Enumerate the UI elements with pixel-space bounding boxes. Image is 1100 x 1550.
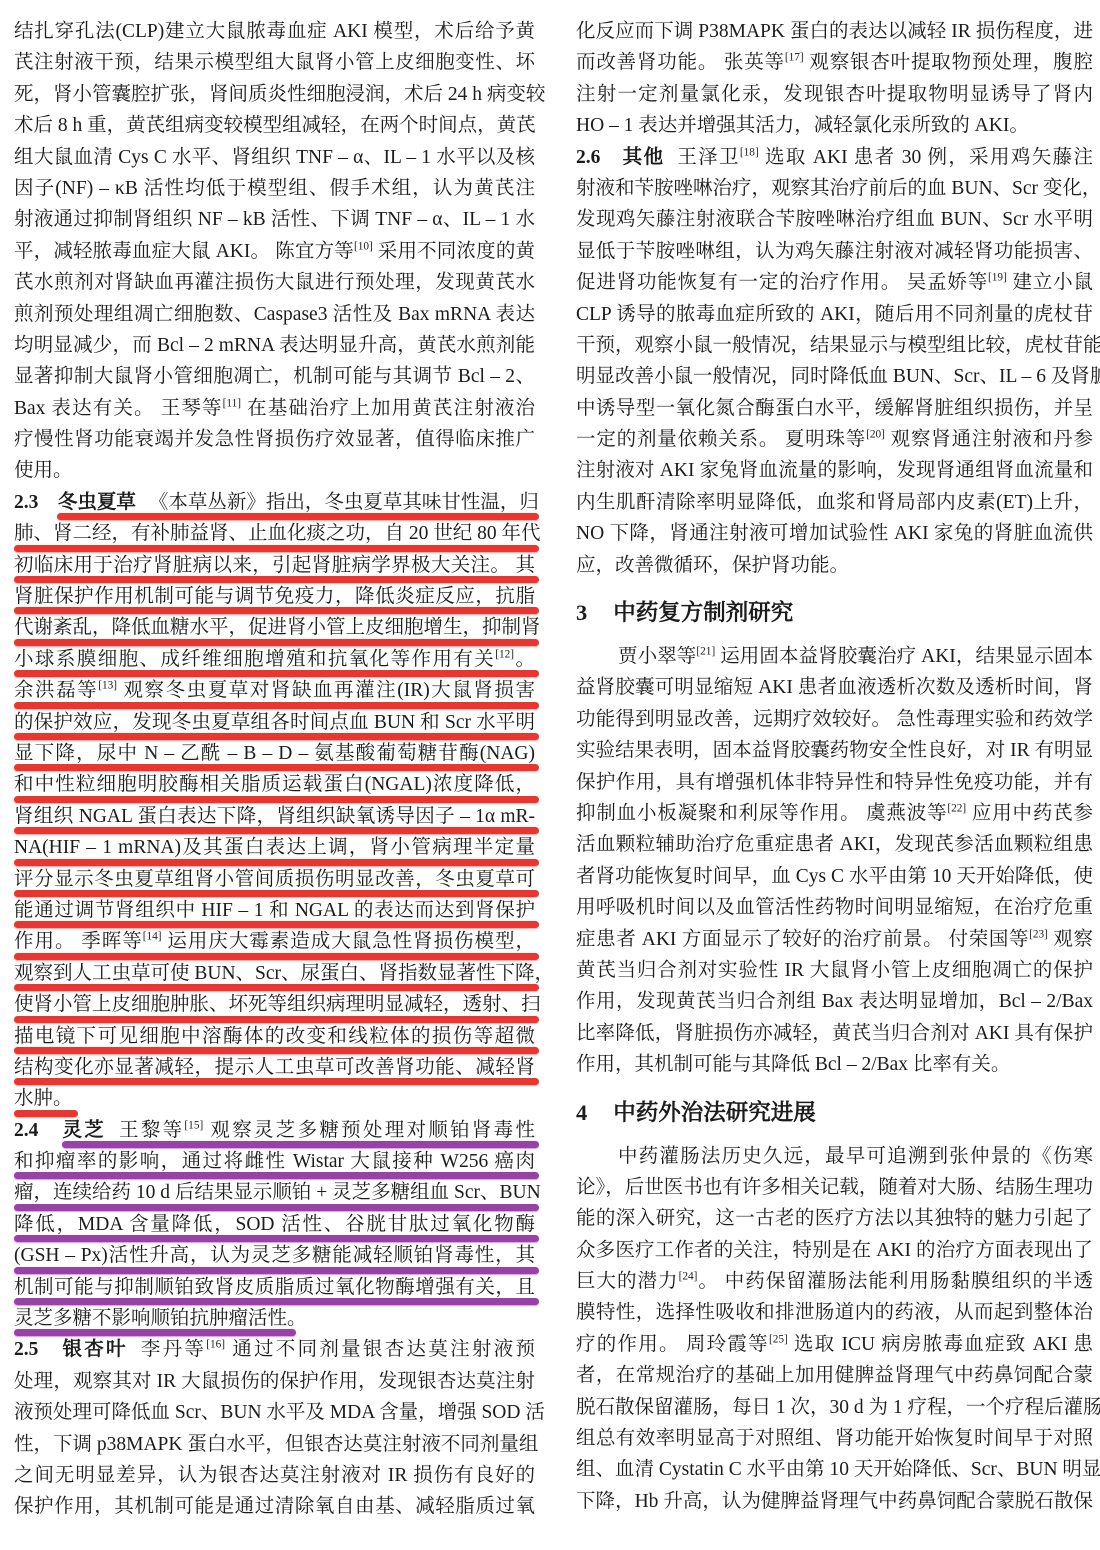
text-line: 能的深入研究，这一古老的医疗方法以其独特的魅力引起了 <box>576 1203 1093 1234</box>
text-line: 2.6 其他王泽卫[18] 选取 AKI 患者 30 例，采用鸡矢藤注 <box>576 142 1093 173</box>
reference-marker: [18] <box>740 146 759 158</box>
text-line: 均明显减少，而 Bcl – 2 mRNA 表达明显升高，黄芪水煎剂能 <box>14 330 535 361</box>
text-line: 降低，MDA 含量降低，SOD 活性、谷胱甘肽过氧化物酶 <box>14 1209 535 1240</box>
reference-marker: [23] <box>1029 928 1048 940</box>
right-column: 化反应而下调 P38MAPK 蛋白的表达以减轻 IR 损伤程度，进而改善肾功能。… <box>576 16 1093 1517</box>
text-line: 性，下调 p38MAPK 蛋白水平，但银杏达莫注射液不同剂量组 <box>14 1429 535 1460</box>
text-line: 处理，观察其对 IR 大鼠损伤的保护作用，发现银杏达莫注射 <box>14 1366 535 1397</box>
text-line: 发现鸡矢藤注射液联合苄胺唑啉治疗组血 BUN、Scr 水平明 <box>576 204 1093 235</box>
text-line: 液预处理可降低血 Scr、BUN 水平及 MDA 含量，增强 SOD 活 <box>14 1397 535 1428</box>
text-line: 芪水煎剂对肾缺血再灌注损伤大鼠进行预处理，发现黄芪水 <box>14 267 535 298</box>
text-line: 而改善肾功能。 张英等[17] 观察银杏叶提取物预处理，腹腔 <box>576 47 1093 78</box>
reference-marker: [20] <box>866 429 885 441</box>
document-page: 结扎穿孔法(CLP)建立大鼠脓毒血症 AKI 模型，术后给予黄芪注射液干预，结果… <box>0 0 1100 1550</box>
text-line: 平，减轻脓毒血症大鼠 AKI。 陈宜方等[10] 采用不同浓度的黄 <box>14 236 535 267</box>
text-line: 注射一定剂量氯化汞，发现银杏叶提取物明显诱导了肾内 <box>576 79 1093 110</box>
text-line: 贾小翠等[21] 运用固本益肾胶囊治疗 AKI，结果显示固本 <box>576 641 1093 672</box>
text-line: NA(HIF – 1 mRNA)及其蛋白表达上调，肾小管病理半定量 <box>14 832 535 863</box>
text-line: 水肿。 <box>14 1083 535 1114</box>
reference-marker: [12] <box>495 648 514 660</box>
text-line: 描电镜下可见细胞中溶酶体的改变和线粒体的损伤等超微 <box>14 1021 535 1052</box>
text-line: 的保护效应，发现冬虫夏草组各时间点血 BUN 和 Scr 水平明 <box>14 707 535 738</box>
reference-marker: [24] <box>679 1271 698 1283</box>
text-line: 之间无明显差异，认为银杏达莫注射液对 IR 损伤有良好的 <box>14 1460 535 1491</box>
text-line: 肾脏保护作用机制可能与调节免疫力，降低炎症反应，抗脂 <box>14 581 535 612</box>
text-line: 下降，Hb 升高，认为健脾益肾理气中药鼻饲配合蒙脱石散保 <box>576 1486 1093 1517</box>
left-column: 结扎穿孔法(CLP)建立大鼠脓毒血症 AKI 模型，术后给予黄芪注射液干预，结果… <box>14 16 535 1523</box>
reference-marker: [10] <box>354 240 373 252</box>
text-line: 化反应而下调 P38MAPK 蛋白的表达以减轻 IR 损伤程度，进 <box>576 16 1093 47</box>
text-line: 者，在常规治疗的基础上加用健脾益肾理气中药鼻饲配合蒙 <box>576 1360 1093 1391</box>
text-line: (GSH – Px)活性升高，认为灵芝多糖能减轻顺铂肾毒性，其 <box>14 1240 535 1271</box>
text-line: 2.5 银杏叶李丹等[16] 通过不同剂量银杏达莫注射液预 <box>14 1334 535 1365</box>
reference-marker: [16] <box>206 1339 225 1351</box>
text-line: 余洪磊等[13] 观察冬虫夏草对肾缺血再灌注(IR)大鼠肾损害 <box>14 675 535 706</box>
text-line: 巨大的潜力[24]。 中药保留灌肠法能利用肠黏膜组织的半透 <box>576 1266 1093 1297</box>
text-line: 2.4 灵芝王黎等[15] 观察灵芝多糖预处理对顺铂肾毒性 <box>14 1115 535 1146</box>
text-line: 促进肾功能恢复有一定的治疗作用。 吴孟娇等[19] 建立小鼠 <box>576 267 1093 298</box>
text-line: 术后 8 h 重，黄芪组病变较模型组减轻，在两个时间点，黄芪 <box>14 110 535 141</box>
text-line: 能通过调节肾组织中 HIF – 1 和 NGAL 的表达而达到肾保护 <box>14 895 535 926</box>
text-line: 使肾小管上皮细胞肿胀、坏死等组织病理明显减轻，透射、扫 <box>14 989 535 1020</box>
text-line: 疗的作用。 周玲霞等[25] 选取 ICU 病房脓毒血症致 AKI 患 <box>576 1329 1093 1360</box>
text-line: 症患者 AKI 方面显示了较好的治疗前景。 付荣国等[23] 观察 <box>576 924 1093 955</box>
text-line: 益肾胶囊可明显缩短 AKI 患者血液透析次数及透析时间，肾 <box>576 672 1093 703</box>
text-line: 显著抑制大鼠肾小管细胞凋亡，机制可能与其调节 Bcl – 2、 <box>14 361 535 392</box>
text-line: 中药灌肠法历史久远，最早可追溯到张仲景的《伤寒 <box>576 1141 1093 1172</box>
reference-marker: [21] <box>696 646 715 658</box>
text-line: 灵芝多糖不影响顺铂抗肿瘤活性。 <box>14 1303 535 1334</box>
text-line: Bax 表达有关。 王琴等[11] 在基础治疗上加用黄芪注射液治 <box>14 393 535 424</box>
reference-marker: [15] <box>184 1119 203 1131</box>
text-line: 组、血清 Cystatin C 水平由第 10 天开始降低、Scr、BUN 明显 <box>576 1454 1093 1485</box>
text-line: 功能得到明显改善，远期疗效较好。 急性毒理实验和药效学 <box>576 704 1093 735</box>
text-line: 众多医疗工作者的关注，特别是在 AKI 的治疗方面表现出了 <box>576 1235 1093 1266</box>
text-line: NO 下降，肾通注射液可增加试验性 AKI 家兔的肾脏血流供 <box>576 518 1093 549</box>
section-heading: 3中药复方制剂研究 <box>576 596 1093 630</box>
reference-marker: [13] <box>98 680 117 692</box>
text-line: 结扎穿孔法(CLP)建立大鼠脓毒血症 AKI 模型，术后给予黄 <box>14 16 535 47</box>
text-line: 机制可能与抑制顺铂致肾皮质脂质过氧化物酶增强有关，且 <box>14 1272 535 1303</box>
text-line: 作用。 季晖等[14] 运用庆大霉素造成大鼠急性肾损伤模型， <box>14 926 535 957</box>
text-line: 代谢紊乱，降低血糖水平，促进肾小管上皮细胞增生，抑制肾 <box>14 612 535 643</box>
text-line: 作用，发现黄芪当归合剂组 Bax 表达明显增加，Bcl – 2/Bax <box>576 986 1093 1017</box>
text-line: 煎剂预处理组凋亡细胞数、Caspase3 活性及 Bax mRNA 表达 <box>14 299 535 330</box>
text-line: 疗慢性肾功能衰竭并发急性肾损伤疗效显著，值得临床推广 <box>14 424 535 455</box>
text-line: 显下降，尿中 N – 乙酰 – B – D – 氨基酸葡萄糖苷酶(NAG) <box>14 738 535 769</box>
text-line: 用呼吸机时间以及血管活性药物时间明显缩短，在治疗危重 <box>576 892 1093 923</box>
text-line: 射液和苄胺唑啉治疗，观察其治疗前后的血 BUN、Scr 变化， <box>576 173 1093 204</box>
section-number-label: 2.5 银杏叶 <box>14 1339 128 1360</box>
text-line: 初临床用于治疗肾脏病以来，引起肾脏病学界极大关注。 其 <box>14 550 535 581</box>
text-line: HO – 1 表达并增强其活力，减轻氯化汞所致的 AKI。 <box>576 110 1093 141</box>
text-line: 显低于苄胺唑啉组，认为鸡矢藤注射液对减轻肾功能损害、 <box>576 236 1093 267</box>
text-line: 组大鼠血清 Cys C 水平、肾组织 TNF – α、IL – 1 水平以及核 <box>14 142 535 173</box>
text-line: 小球系膜细胞、成纤维细胞增殖和抗氧化等作用有关[12]。 <box>14 644 535 675</box>
text-line: 射液通过抑制肾组织 NF – kB 活性、下调 TNF – α、IL – 1 水 <box>14 204 535 235</box>
reference-marker: [25] <box>769 1333 788 1345</box>
text-line: 2.3 冬虫夏草《本草丛新》指出，冬虫夏草其味甘性温，归 <box>14 487 535 518</box>
text-line: 活血颗粒辅助治疗危重症患者 AKI，发现芪参活血颗粒组患 <box>576 829 1093 860</box>
text-line: 实验结果表明，固本益肾胶囊药物安全性良好，对 IR 有明显 <box>576 735 1093 766</box>
text-line: 抑制血小板凝聚和利尿等作用。 虞燕波等[22] 应用中药芪参 <box>576 798 1093 829</box>
section-number-label: 2.6 其他 <box>576 147 664 168</box>
text-line: 芪注射液干预，结果示模型组大鼠肾小管上皮细胞变性、坏 <box>14 47 535 78</box>
text-line: 黄芪当归合剂对实验性 IR 大鼠肾小管上皮细胞凋亡的保护 <box>576 955 1093 986</box>
text-line: 论》，后世医书也有许多相关记载，随着对大肠、结肠生理功 <box>576 1172 1093 1203</box>
reference-marker: [19] <box>988 272 1007 284</box>
text-line: 肾组织 NGAL 蛋白表达下降，肾组织缺氧诱导因子 – 1α mR- <box>14 801 535 832</box>
text-line: 保护作用，其机制可能是通过清除氧自由基、减轻脂质过氧 <box>14 1491 535 1522</box>
text-line: 内生肌酐清除率明显降低，血浆和肾局部内皮素(ET)上升， <box>576 487 1093 518</box>
text-line: 干预，观察小鼠一般情况，结果显示与模型组比较，虎杖苷能 <box>576 330 1093 361</box>
text-line: 中诱导型一氧化氮合酶蛋白水平，缓解肾脏组织损伤，并呈 <box>576 393 1093 424</box>
text-line: CLP 诱导的脓毒血症所致的 AKI，随后用不同剂量的虎杖苷 <box>576 299 1093 330</box>
text-line: 应，改善微循环，保护肾功能。 <box>576 550 1093 581</box>
text-line: 作用，其机制可能与其降低 Bcl – 2/Bax 比率有关。 <box>576 1049 1093 1080</box>
text-line: 肺、肾二经，有补肺益肾、止血化痰之功，自 20 世纪 80 年代 <box>14 518 535 549</box>
section-number-label: 2.4 灵芝 <box>14 1120 106 1141</box>
text-line: 一定的剂量依赖关系。 夏明珠等[20] 观察肾通注射液和丹参 <box>576 424 1093 455</box>
text-line: 死，肾小管囊腔扩张，肾间质炎性细胞浸润，术后 24 h 病变较 <box>14 79 535 110</box>
section-heading: 4中药外治法研究进展 <box>576 1096 1093 1130</box>
text-line: 和中性粒细胞明胶酶相关脂质运载蛋白(NGAL)浓度降低， <box>14 769 535 800</box>
text-line: 结构变化亦显著减轻，提示人工虫草可改善肾功能、减轻肾 <box>14 1052 535 1083</box>
text-line: 瘤，连续给药 10 d 后结果显示顺铂 + 灵芝多糖组血 Scr、BUN <box>14 1177 535 1208</box>
text-line: 者肾功能恢复时间早，血 Cys C 水平由第 10 天开始降低，使 <box>576 861 1093 892</box>
text-line: 比率降低，肾脏损伤亦减轻，黄芪当归合剂对 AKI 具有保护 <box>576 1018 1093 1049</box>
text-line: 膜特性，选择性吸收和排泄肠道内的药液，从而起到整体治 <box>576 1297 1093 1328</box>
section-number-label: 2.3 冬虫夏草 <box>14 492 136 513</box>
text-line: 组总有效率明显高于对照组、肾功能开始恢复时间早于对照 <box>576 1423 1093 1454</box>
text-line: 脱石散保留灌肠，每日 1 次，30 d 为 1 疗程，一个疗程后灌肠 <box>576 1392 1093 1423</box>
section-number-label: 3 <box>576 600 587 625</box>
text-line: 注射液对 AKI 家兔肾血流量的影响，发现肾通组肾血流量和 <box>576 455 1093 486</box>
text-line: 观察到人工虫草可使 BUN、Scr、尿蛋白、肾指数显著性下降， <box>14 958 535 989</box>
reference-marker: [17] <box>785 52 804 64</box>
reference-marker: [14] <box>143 931 162 943</box>
text-line: 评分显示冬虫夏草组肾小管间质损伤明显改善，冬虫夏草可 <box>14 864 535 895</box>
text-line: 保护作用，具有增强机体非特异性和特异性免疫功能，并有 <box>576 767 1093 798</box>
section-number-label: 4 <box>576 1100 587 1125</box>
text-line: 和抑瘤率的影响，通过将雌性 Wistar 大鼠接种 W256 癌肉 <box>14 1146 535 1177</box>
reference-marker: [11] <box>223 397 241 409</box>
text-line: 因子(NF) – κB 活性均低于模型组、假手术组，认为黄芪注 <box>14 173 535 204</box>
text-line: 使用。 <box>14 455 535 486</box>
reference-marker: [22] <box>947 802 966 814</box>
text-line: 明显改善小鼠一般情况，同时降低血 BUN、Scr、IL – 6 及肾脏 <box>576 361 1093 392</box>
